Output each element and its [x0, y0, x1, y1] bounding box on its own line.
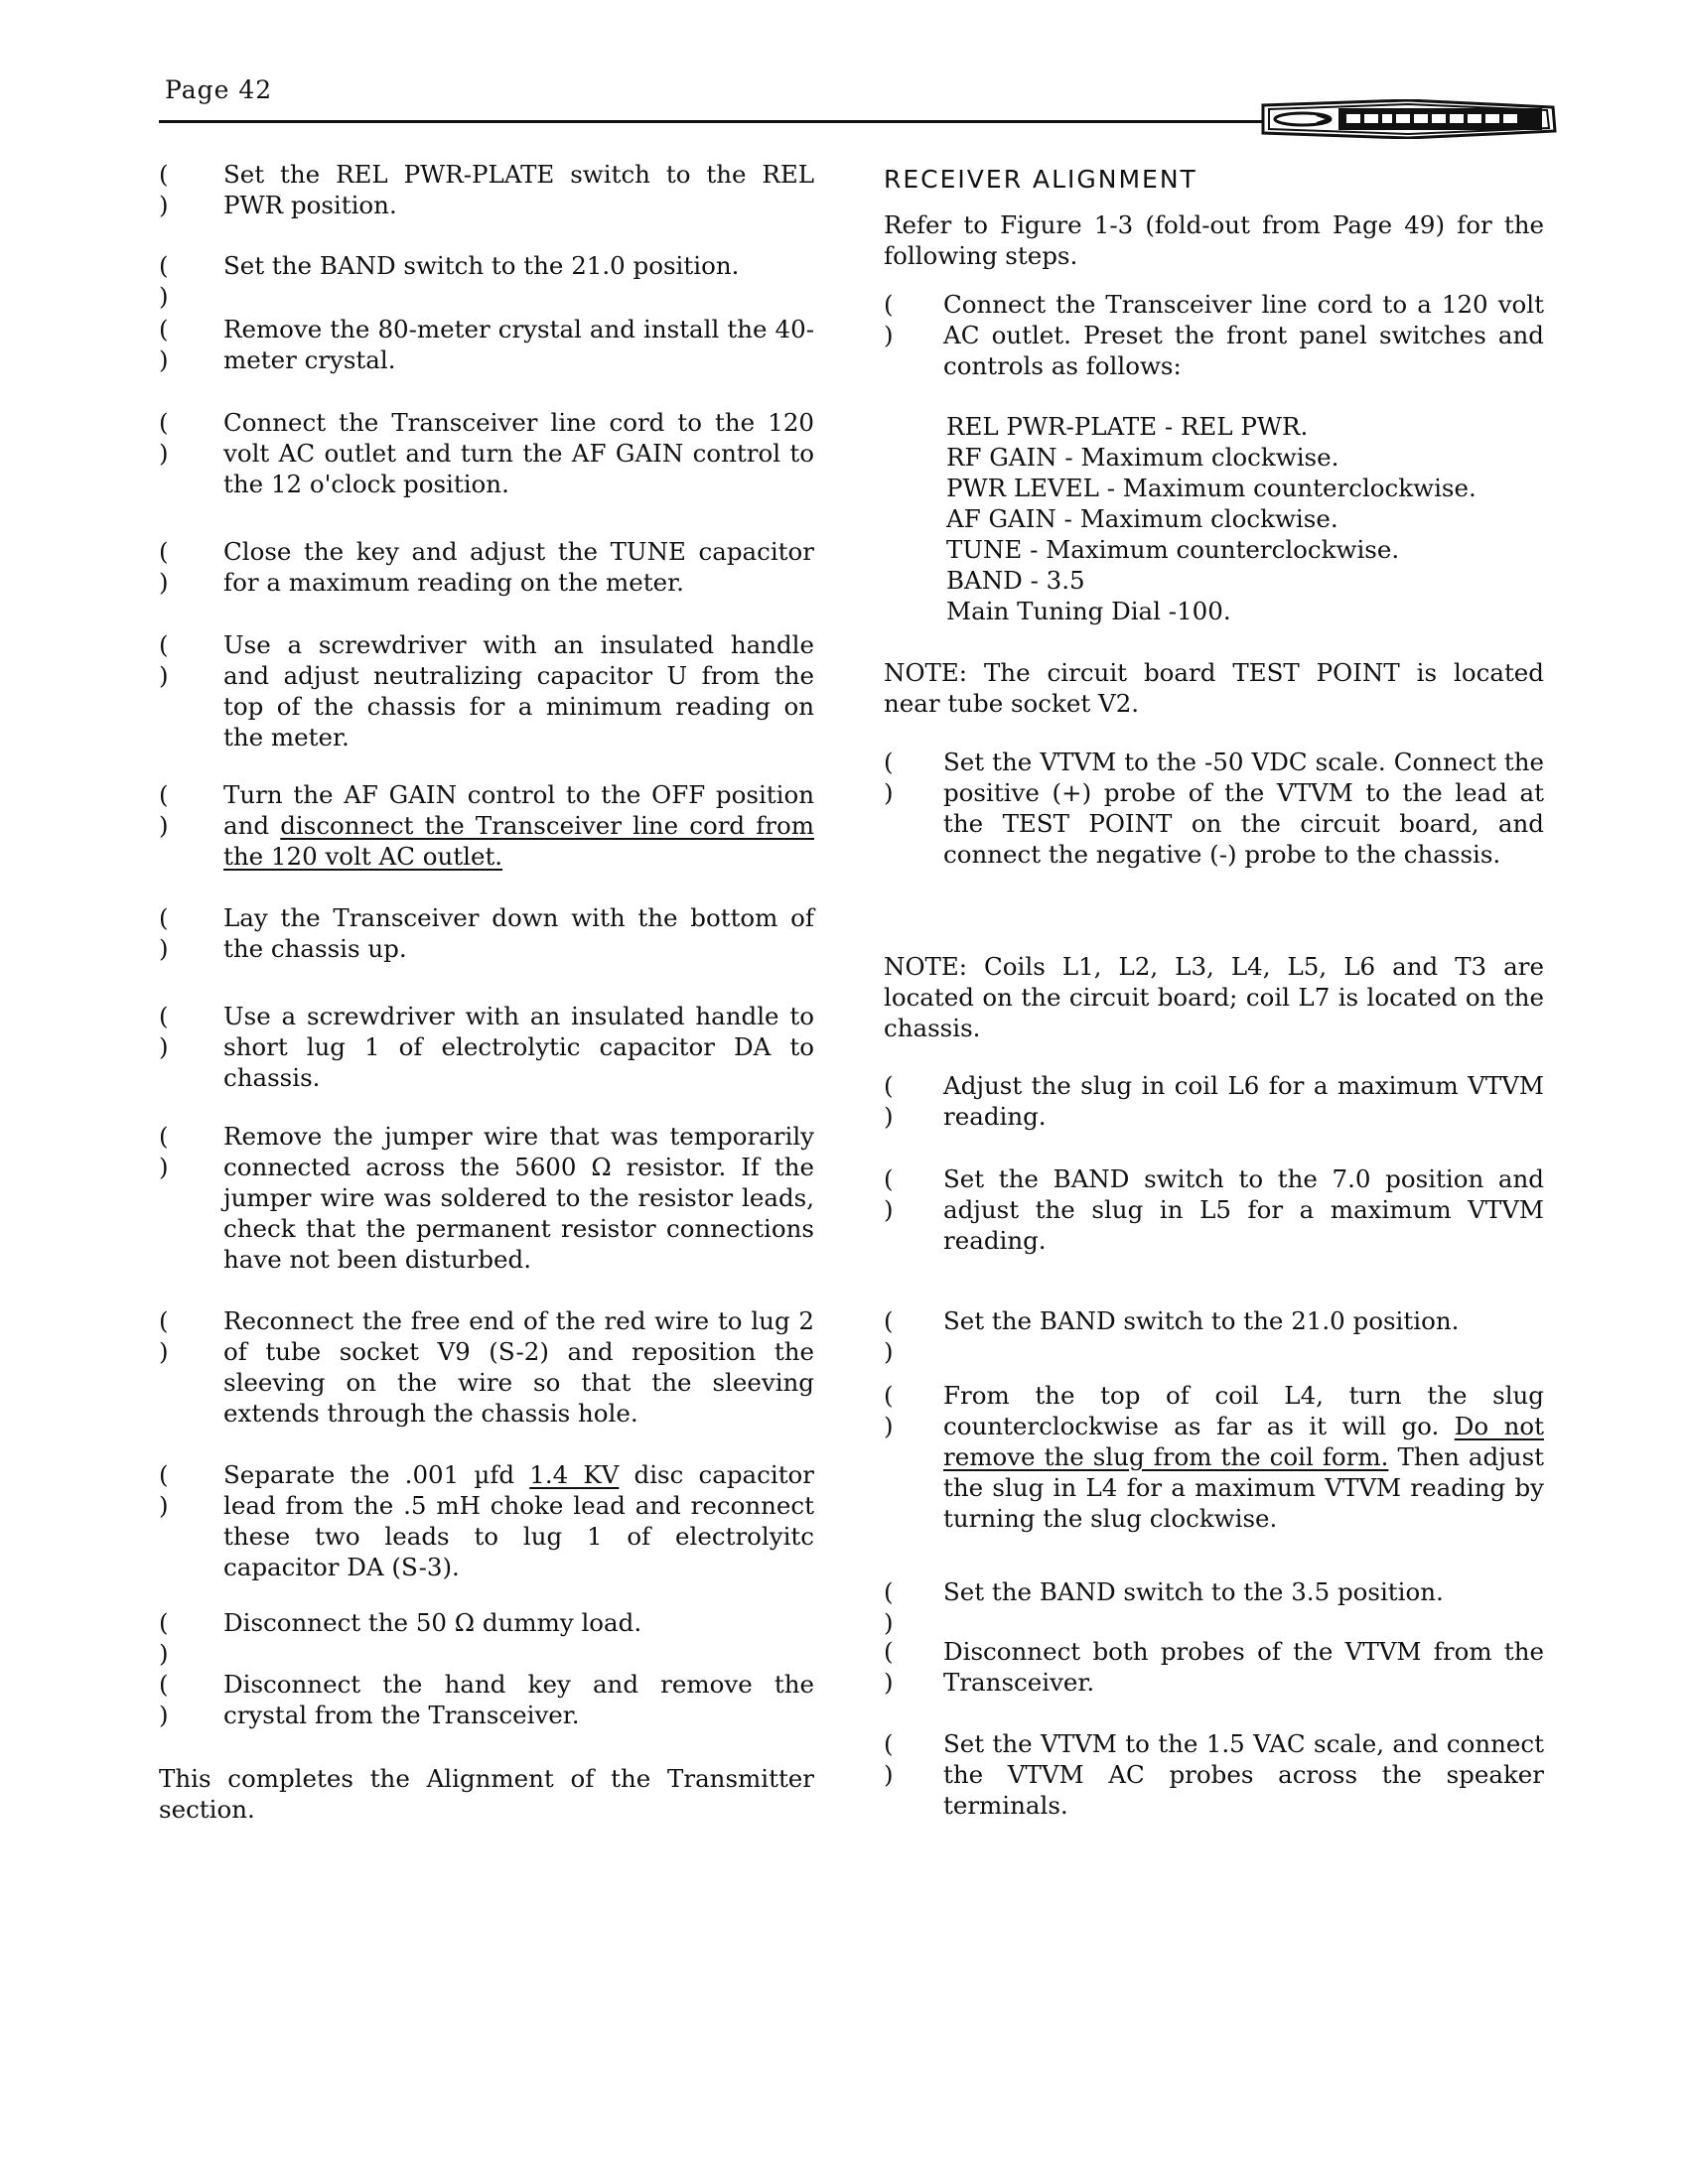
preset-settings-list: REL PWR-PLATE - REL PWR. RF GAIN - Maxim…: [946, 411, 1477, 626]
step-text: Set the VTVM to the -50 VDC scale. Conne…: [943, 747, 1544, 870]
checkbox[interactable]: ( ): [159, 1669, 211, 1730]
step-item: ( ) Reconnect the free end of the red wi…: [159, 1305, 814, 1429]
step-text: Remove the jumper wire that was temporar…: [223, 1121, 814, 1275]
step-item: ( ) Set the BAND switch to the 21.0 posi…: [884, 1305, 1544, 1336]
intro-paragraph: Refer to Figure 1-3 (fold-out from Page …: [884, 209, 1544, 271]
step-text: Disconnect the 50 Ω dummy load.: [223, 1607, 814, 1638]
step-text: Lay the Transceiver down with the bottom…: [223, 902, 814, 964]
step-item: ( ) Disconnect the 50 Ω dummy load.: [159, 1607, 814, 1638]
page-number: Page 42: [165, 75, 272, 104]
step-item: ( ) Set the VTVM to the -50 VDC scale. C…: [884, 747, 1544, 870]
step-item: ( ) Set the BAND switch to the 3.5 posit…: [884, 1576, 1544, 1607]
step-item: ( ) Connect the Transceiver line cord to…: [159, 407, 814, 499]
checkbox[interactable]: ( ): [159, 629, 211, 691]
step-text: Turn the AF GAIN control to the OFF posi…: [223, 779, 814, 872]
header-rule: [159, 120, 1271, 123]
checkbox[interactable]: ( ): [159, 779, 211, 841]
warning-underline: disconnect the Transceiver line cord fro…: [223, 811, 814, 871]
checkbox[interactable]: ( ): [159, 1001, 211, 1062]
note-paragraph: NOTE: Coils L1, L2, L3, L4, L5, L6 and T…: [884, 951, 1544, 1043]
step-item: ( ) Connect the Transceiver line cord to…: [884, 289, 1544, 381]
checkbox[interactable]: ( ): [159, 407, 211, 469]
step-text: Remove the 80-meter crystal and install …: [223, 314, 814, 375]
step-item: ( ) Use a screwdriver with an insulated …: [159, 1001, 814, 1093]
checkbox[interactable]: ( ): [159, 1459, 211, 1521]
step-item: ( ) Set the VTVM to the 1.5 VAC scale, a…: [884, 1728, 1544, 1821]
checkbox[interactable]: ( ): [159, 1305, 211, 1367]
step-text: Disconnect both probes of the VTVM from …: [943, 1636, 1544, 1698]
setting-line: BAND - 3.5: [946, 565, 1477, 596]
checkbox[interactable]: ( ): [884, 1576, 935, 1638]
step-text: Set the BAND switch to the 3.5 position.: [943, 1576, 1544, 1607]
section-heading: RECEIVER ALIGNMENT: [884, 165, 1197, 194]
checkbox[interactable]: ( ): [884, 289, 935, 350]
checkbox[interactable]: ( ): [884, 1728, 935, 1790]
step-item: ( ) Disconnect the hand key and remove t…: [159, 1669, 814, 1730]
setting-line: PWR LEVEL - Maximum counterclockwise.: [946, 473, 1477, 503]
setting-line: Main Tuning Dial -100.: [946, 596, 1477, 626]
checkbox[interactable]: ( ): [159, 159, 211, 220]
checkbox[interactable]: ( ): [159, 1121, 211, 1182]
step-text: Set the REL PWR-PLATE switch to the REL …: [223, 159, 814, 220]
step-text: Adjust the slug in coil L6 for a maximum…: [943, 1070, 1544, 1132]
step-item: ( ) Set the BAND switch to the 7.0 posit…: [884, 1163, 1544, 1256]
brand-logo-icon: [1259, 99, 1557, 139]
checkbox[interactable]: ( ): [884, 1380, 935, 1441]
step-item: ( ) Disconnect both probes of the VTVM f…: [884, 1636, 1544, 1698]
setting-line: AF GAIN - Maximum clockwise.: [946, 503, 1477, 534]
step-item: ( ) Set the REL PWR-PLATE switch to the …: [159, 159, 814, 220]
step-item: ( ) From the top of coil L4, turn the sl…: [884, 1380, 1544, 1534]
step-item: ( ) Remove the jumper wire that was temp…: [159, 1121, 814, 1275]
step-text: Connect the Transceiver line cord to a 1…: [943, 289, 1544, 381]
checkbox[interactable]: ( ): [884, 1305, 935, 1367]
closing-paragraph: This completes the Alignment of the Tran…: [159, 1763, 814, 1825]
step-text: Disconnect the hand key and remove the c…: [223, 1669, 814, 1730]
step-text: Set the BAND switch to the 21.0 position…: [943, 1305, 1544, 1336]
step-item: ( ) Set the BAND switch to the 21.0 posi…: [159, 250, 814, 281]
checkbox[interactable]: ( ): [884, 747, 935, 808]
step-item: ( ) Lay the Transceiver down with the bo…: [159, 902, 814, 964]
step-item: ( ) Adjust the slug in coil L6 for a max…: [884, 1070, 1544, 1132]
step-item: ( ) Remove the 80-meter crystal and inst…: [159, 314, 814, 375]
checkbox[interactable]: ( ): [884, 1163, 935, 1225]
checkbox[interactable]: ( ): [159, 536, 211, 598]
step-text: Separate the .001 µfd 1.4 KV disc capaci…: [223, 1459, 814, 1582]
step-text: Reconnect the free end of the red wire t…: [223, 1305, 814, 1429]
step-text: Set the BAND switch to the 21.0 position…: [223, 250, 814, 281]
checkbox[interactable]: ( ): [884, 1070, 935, 1132]
setting-line: REL PWR-PLATE - REL PWR.: [946, 411, 1477, 442]
step-text: From the top of coil L4, turn the slug c…: [943, 1380, 1544, 1534]
checkbox[interactable]: ( ): [159, 1607, 211, 1669]
note-paragraph: NOTE: The circuit board TEST POINT is lo…: [884, 657, 1544, 719]
step-text: Use a screwdriver with an insulated hand…: [223, 629, 814, 752]
checkbox[interactable]: ( ): [884, 1636, 935, 1698]
voltage-underline: 1.4 KV: [529, 1460, 619, 1489]
step-item: ( ) Close the key and adjust the TUNE ca…: [159, 536, 814, 598]
setting-line: TUNE - Maximum counterclockwise.: [946, 534, 1477, 565]
step-item: ( ) Turn the AF GAIN control to the OFF …: [159, 779, 814, 872]
checkbox[interactable]: ( ): [159, 250, 211, 312]
step-text: Connect the Transceiver line cord to the…: [223, 407, 814, 499]
checkbox[interactable]: ( ): [159, 314, 211, 375]
step-item: ( ) Use a screwdriver with an insulated …: [159, 629, 814, 752]
step-text: Use a screwdriver with an insulated hand…: [223, 1001, 814, 1093]
step-text: Set the BAND switch to the 7.0 position …: [943, 1163, 1544, 1256]
step-text: Set the VTVM to the 1.5 VAC scale, and c…: [943, 1728, 1544, 1821]
step-item: ( ) Separate the .001 µfd 1.4 KV disc ca…: [159, 1459, 814, 1582]
checkbox[interactable]: ( ): [159, 902, 211, 964]
step-text: Close the key and adjust the TUNE capaci…: [223, 536, 814, 598]
setting-line: RF GAIN - Maximum clockwise.: [946, 442, 1477, 473]
